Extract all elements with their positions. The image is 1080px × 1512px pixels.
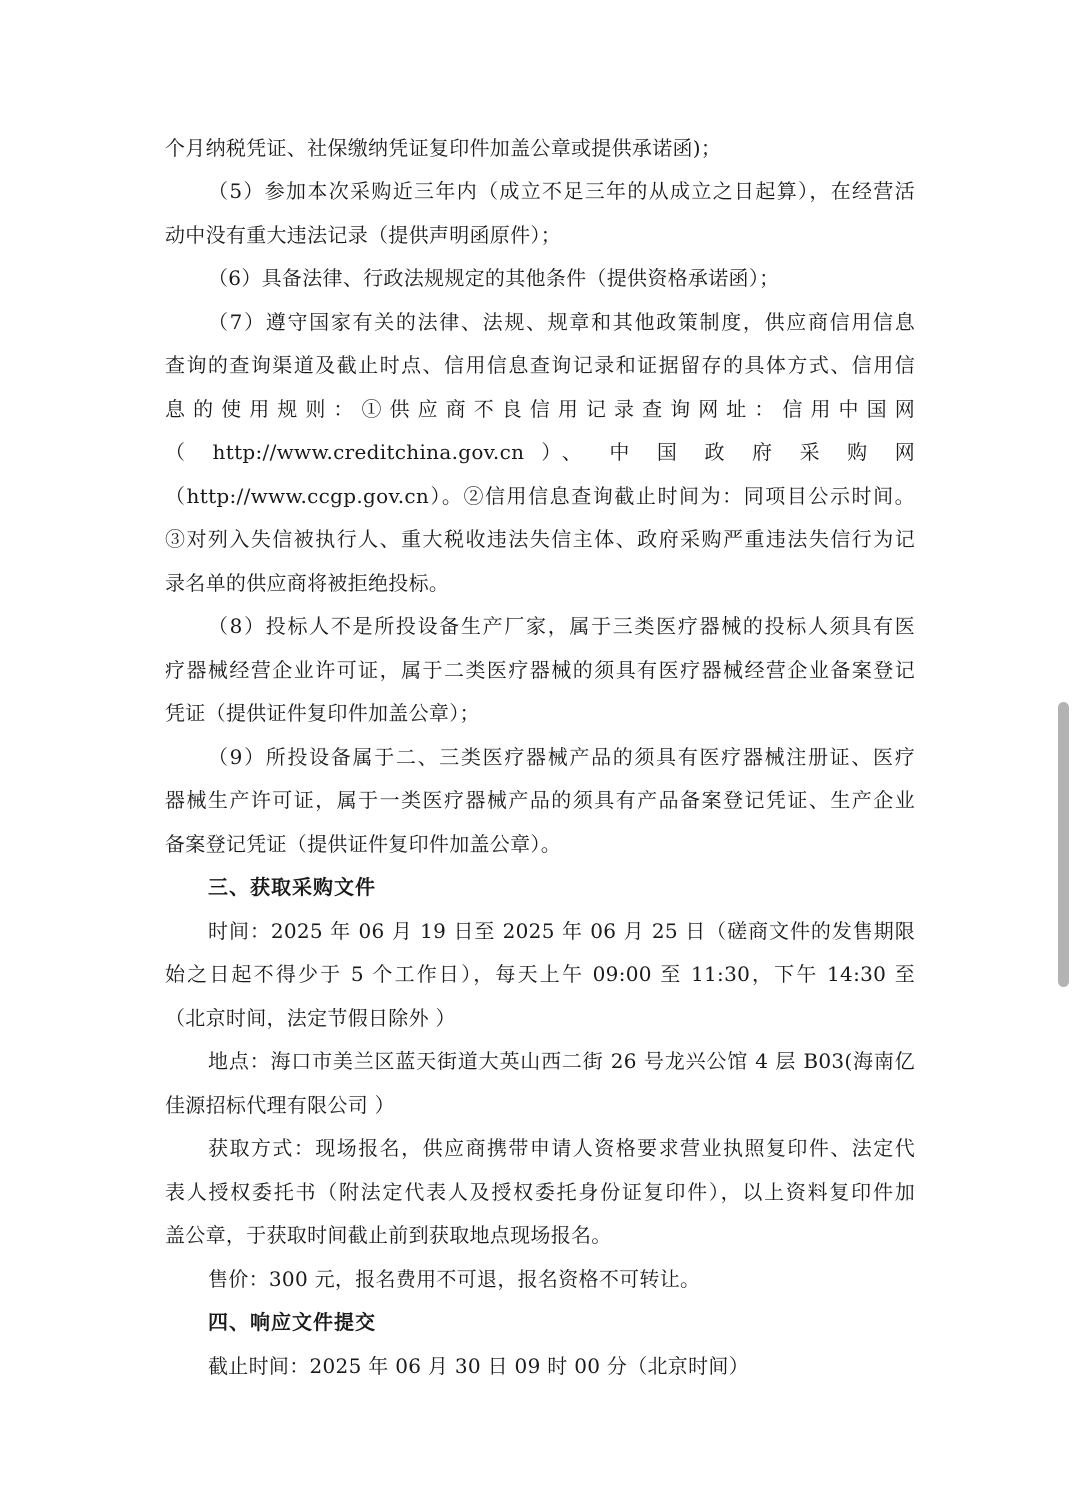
text-line: 个月纳税凭证、社保缴纳凭证复印件加盖公章或提供承诺函)；: [165, 134, 915, 162]
section-heading-submission: 四、响应文件提交: [208, 1308, 958, 1336]
text-line: 始之日起不得少于 5 个工作日），每天上午 09:00 至 11:30，下午 1…: [165, 960, 915, 988]
section-heading-obtain-documents: 三、获取采购文件: [208, 873, 958, 901]
price-line: 售价：300 元，报名费用不可退，报名资格不可转让。: [208, 1265, 915, 1293]
text-line: 器械生产许可证，属于一类医疗器械产品的须具有产品备案登记凭证、生产企业: [165, 786, 915, 814]
text-line: 盖公章，于获取时间截止前到获取地点现场报名。: [165, 1221, 915, 1249]
obtain-method-line: 获取方式：现场报名，供应商携带申请人资格要求营业执照复印件、法定代: [208, 1134, 915, 1162]
clause-8-line: （8）投标人不是所投设备生产厂家，属于三类医疗器械的投标人须具有医: [208, 612, 915, 640]
text-line: 疗器械经营企业许可证，属于二类医疗器械的须具有医疗器械经营企业备案登记: [165, 656, 915, 684]
text-line: 动中没有重大违法记录（提供声明函原件）；: [165, 221, 915, 249]
text-line: 息的使用规则：①供应商不良信用记录查询网址：信用中国网: [165, 395, 915, 423]
scrollbar-thumb[interactable]: [1058, 702, 1069, 987]
obtain-time-line: 时间：2025 年 06 月 19 日至 2025 年 06 月 25 日（磋商…: [208, 917, 915, 945]
text-line: 表人授权委托书（附法定代表人及授权委托身份证复印件），以上资料复印件加: [165, 1178, 915, 1206]
creditchina-url-line: （ http://www.creditchina.gov.cn ）、 中 国 政…: [165, 438, 915, 466]
deadline-line: 截止时间：2025 年 06 月 30 日 09 时 00 分（北京时间）: [208, 1352, 915, 1380]
text-line: 查询的查询渠道及截止时点、信用信息查询记录和证据留存的具体方式、信用信: [165, 351, 915, 379]
document-page: 个月纳税凭证、社保缴纳凭证复印件加盖公章或提供承诺函)； （5）参加本次采购近三…: [0, 0, 1080, 1512]
text-line: 佳源招标代理有限公司 ）: [165, 1091, 915, 1119]
text-line: 凭证（提供证件复印件加盖公章）；: [165, 699, 915, 727]
clause-7-line: （7）遵守国家有关的法律、法规、规章和其他政策制度，供应商信用信息: [208, 308, 915, 336]
clause-6-line: （6）具备法律、行政法规规定的其他条件（提供资格承诺函）；: [208, 264, 915, 292]
text-line: 录名单的供应商将被拒绝投标。: [165, 569, 915, 597]
ccgp-url-line: （http://www.ccgp.gov.cn）。②信用信息查询截止时间为：同项…: [165, 482, 915, 510]
text-line: ③对列入失信被执行人、重大税收违法失信主体、政府采购严重违法失信行为记: [165, 525, 915, 553]
text-line: 备案登记凭证（提供证件复印件加盖公章）。: [165, 830, 915, 858]
obtain-location-line: 地点：海口市美兰区蓝天街道大英山西二街 26 号龙兴公馆 4 层 B03(海南亿: [208, 1047, 915, 1075]
clause-5-line: （5）参加本次采购近三年内（成立不足三年的从成立之日起算），在经营活: [208, 177, 915, 205]
text-line: （北京时间，法定节假日除外 ）: [165, 1004, 915, 1032]
clause-9-line: （9）所投设备属于二、三类医疗器械产品的须具有医疗器械注册证、医疗: [208, 743, 915, 771]
